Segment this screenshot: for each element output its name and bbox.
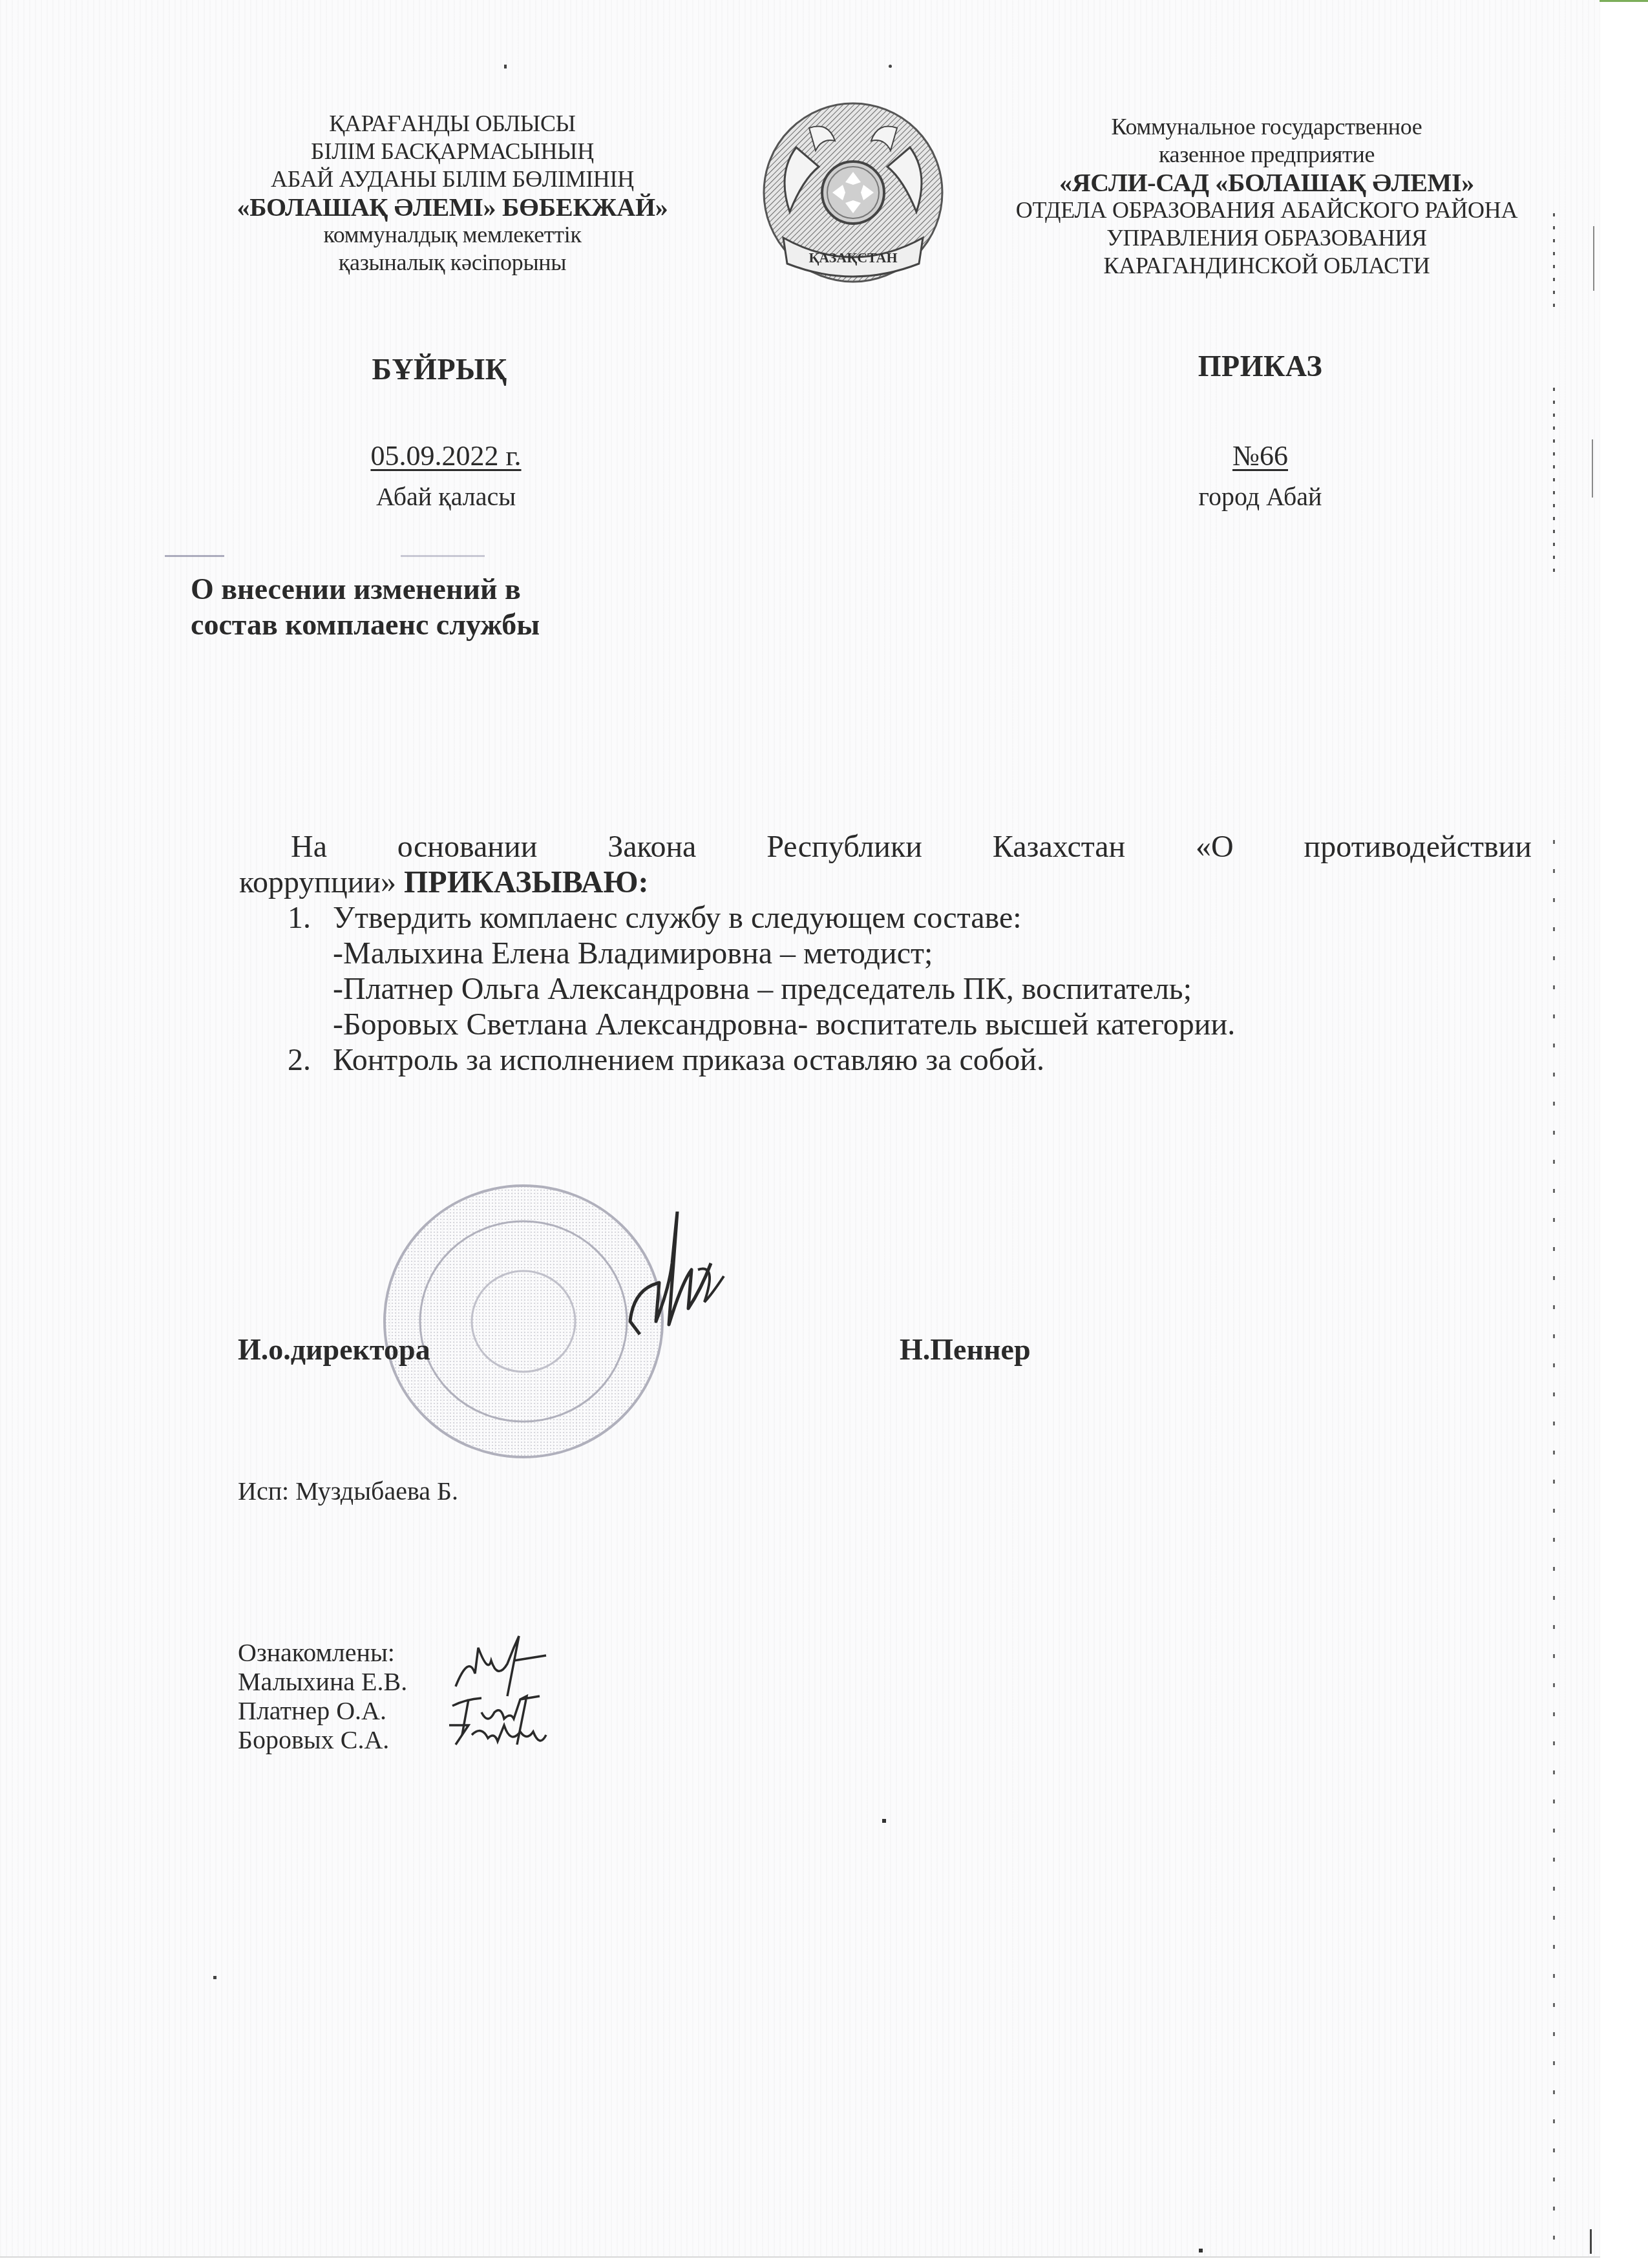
acknowledged-label: Ознакомлены:: [238, 1638, 407, 1667]
list-text: Утвердить комплаенс службу в следующем с…: [333, 901, 1022, 935]
intro-word: основании: [397, 829, 538, 865]
executor-note: Исп: Муздыбаева Б.: [238, 1476, 458, 1506]
order-title-kazakh: БҰЙРЫҚ: [310, 352, 569, 386]
header-left-line: қазыналық кәсіпорыны: [168, 249, 737, 277]
kazakhstan-state-emblem-icon: ҚАЗАҚСТАН: [757, 102, 949, 287]
intro-word: Закона: [607, 829, 696, 865]
member-item: -Боровых Светлана Александровна- воспита…: [239, 1007, 1532, 1042]
scan-artifact: [1553, 840, 1555, 2249]
subject-line: состав комплаенс службы: [191, 607, 540, 642]
acknowledged-person: Боровых С.А.: [238, 1725, 407, 1754]
separator-line: [165, 555, 224, 557]
header-right-line: ОТДЕЛА ОБРАЗОВАНИЯ АБАЙСКОГО РАЙОНА: [950, 196, 1583, 224]
scan-speck: [882, 1819, 886, 1823]
signatory-name: Н.Пеннер: [900, 1332, 1031, 1367]
separator-line: [401, 555, 485, 557]
scan-artifact: [1592, 439, 1593, 498]
scan-artifact: [1590, 2229, 1592, 2254]
intro-line-2: коррупции» ПРИКАЗЫВАЮ:: [239, 865, 1532, 900]
scan-artifact: [1553, 388, 1555, 582]
list-number: 2.: [288, 1042, 333, 1078]
scan-speck: [504, 65, 507, 68]
header-right-org-name: «ЯСЛИ-САД «БОЛАШАҚ ӘЛЕМІ»: [950, 169, 1583, 196]
scan-speck: [1199, 2249, 1203, 2252]
acknowledged-person: Малыхина Е.В.: [238, 1667, 407, 1696]
header-right-russian: Коммунальное государственное казенное пр…: [950, 113, 1583, 280]
intro-word: Казахстан: [993, 829, 1125, 865]
member-item: -Платнер Ольга Александровна – председат…: [239, 971, 1532, 1007]
list-number: 1.: [288, 900, 333, 936]
intro-word: «О: [1196, 829, 1234, 865]
list-item: 2.Контроль за исполнением приказа оставл…: [239, 1042, 1532, 1078]
order-city-kazakh: Абай қаласы: [310, 481, 582, 512]
acknowledgement-signatures-icon: [443, 1635, 604, 1770]
acknowledged-person: Платнер О.А.: [238, 1696, 407, 1725]
scan-speck: [213, 1976, 217, 1979]
corner-mark: [1600, 0, 1648, 2]
header-left-kazakh: ҚАРАҒАНДЫ ОБЛЫСЫ БІЛІМ БАСҚАРМАСЫНЫҢ АБА…: [168, 110, 737, 277]
list-text: Контроль за исполнением приказа оставляю…: [333, 1043, 1044, 1077]
svg-text:ҚАЗАҚСТАН: ҚАЗАҚСТАН: [808, 249, 897, 266]
intro-word: На: [291, 829, 327, 865]
intro-word: Республики: [766, 829, 922, 865]
order-date: 05.09.2022 г.: [310, 439, 582, 472]
order-city-russian: город Абай: [1131, 481, 1389, 512]
header-right-line: КАРАГАНДИНСКОЙ ОБЛАСТИ: [950, 252, 1583, 280]
header-left-line: коммуналдық мемлекеттік: [168, 221, 737, 249]
order-number: №66: [1131, 439, 1389, 472]
signatory-position: И.о.директора: [238, 1332, 430, 1367]
acknowledged-block: Ознакомлены: Малыхина Е.В. Платнер О.А. …: [238, 1638, 407, 1754]
scan-speck: [889, 65, 892, 68]
header-right-line: Коммунальное государственное: [950, 113, 1583, 141]
intro-command: ПРИКАЗЫВАЮ:: [404, 865, 648, 899]
header-left-line: БІЛІМ БАСҚАРМАСЫНЫҢ: [168, 138, 737, 165]
header-left-line: ҚАРАҒАНДЫ ОБЛЫСЫ: [168, 110, 737, 138]
handwritten-signature-icon: [620, 1212, 730, 1341]
list-item: 1.Утвердить комплаенс службу в следующем…: [239, 900, 1532, 936]
intro-line-1: На основании Закона Республики Казахстан…: [239, 829, 1532, 865]
header-right-line: казенное предприятие: [950, 141, 1583, 169]
header-right-line: УПРАВЛЕНИЯ ОБРАЗОВАНИЯ: [950, 224, 1583, 252]
order-title-russian: ПРИКАЗ: [1131, 349, 1389, 383]
header-left-org-name: «БОЛАШАҚ ӘЛЕМІ» БӨБЕКЖАЙ»: [168, 193, 737, 221]
member-item: -Малыхина Елена Владимировна – методист;: [239, 936, 1532, 971]
scanned-page: ҚАРАҒАНДЫ ОБЛЫСЫ БІЛІМ БАСҚАРМАСЫНЫҢ АБА…: [0, 0, 1600, 2258]
header-left-line: АБАЙ АУДАНЫ БІЛІМ БӨЛІМІНІҢ: [168, 165, 737, 193]
intro-word: противодействии: [1304, 829, 1532, 865]
subject-line: О внесении изменений в: [191, 571, 540, 607]
order-subject: О внесении изменений в состав комплаенс …: [191, 571, 540, 642]
intro-text: коррупции»: [239, 865, 396, 899]
order-body: На основании Закона Республики Казахстан…: [239, 829, 1532, 1078]
scan-artifact: [1553, 213, 1555, 310]
scan-artifact: [1593, 226, 1594, 291]
